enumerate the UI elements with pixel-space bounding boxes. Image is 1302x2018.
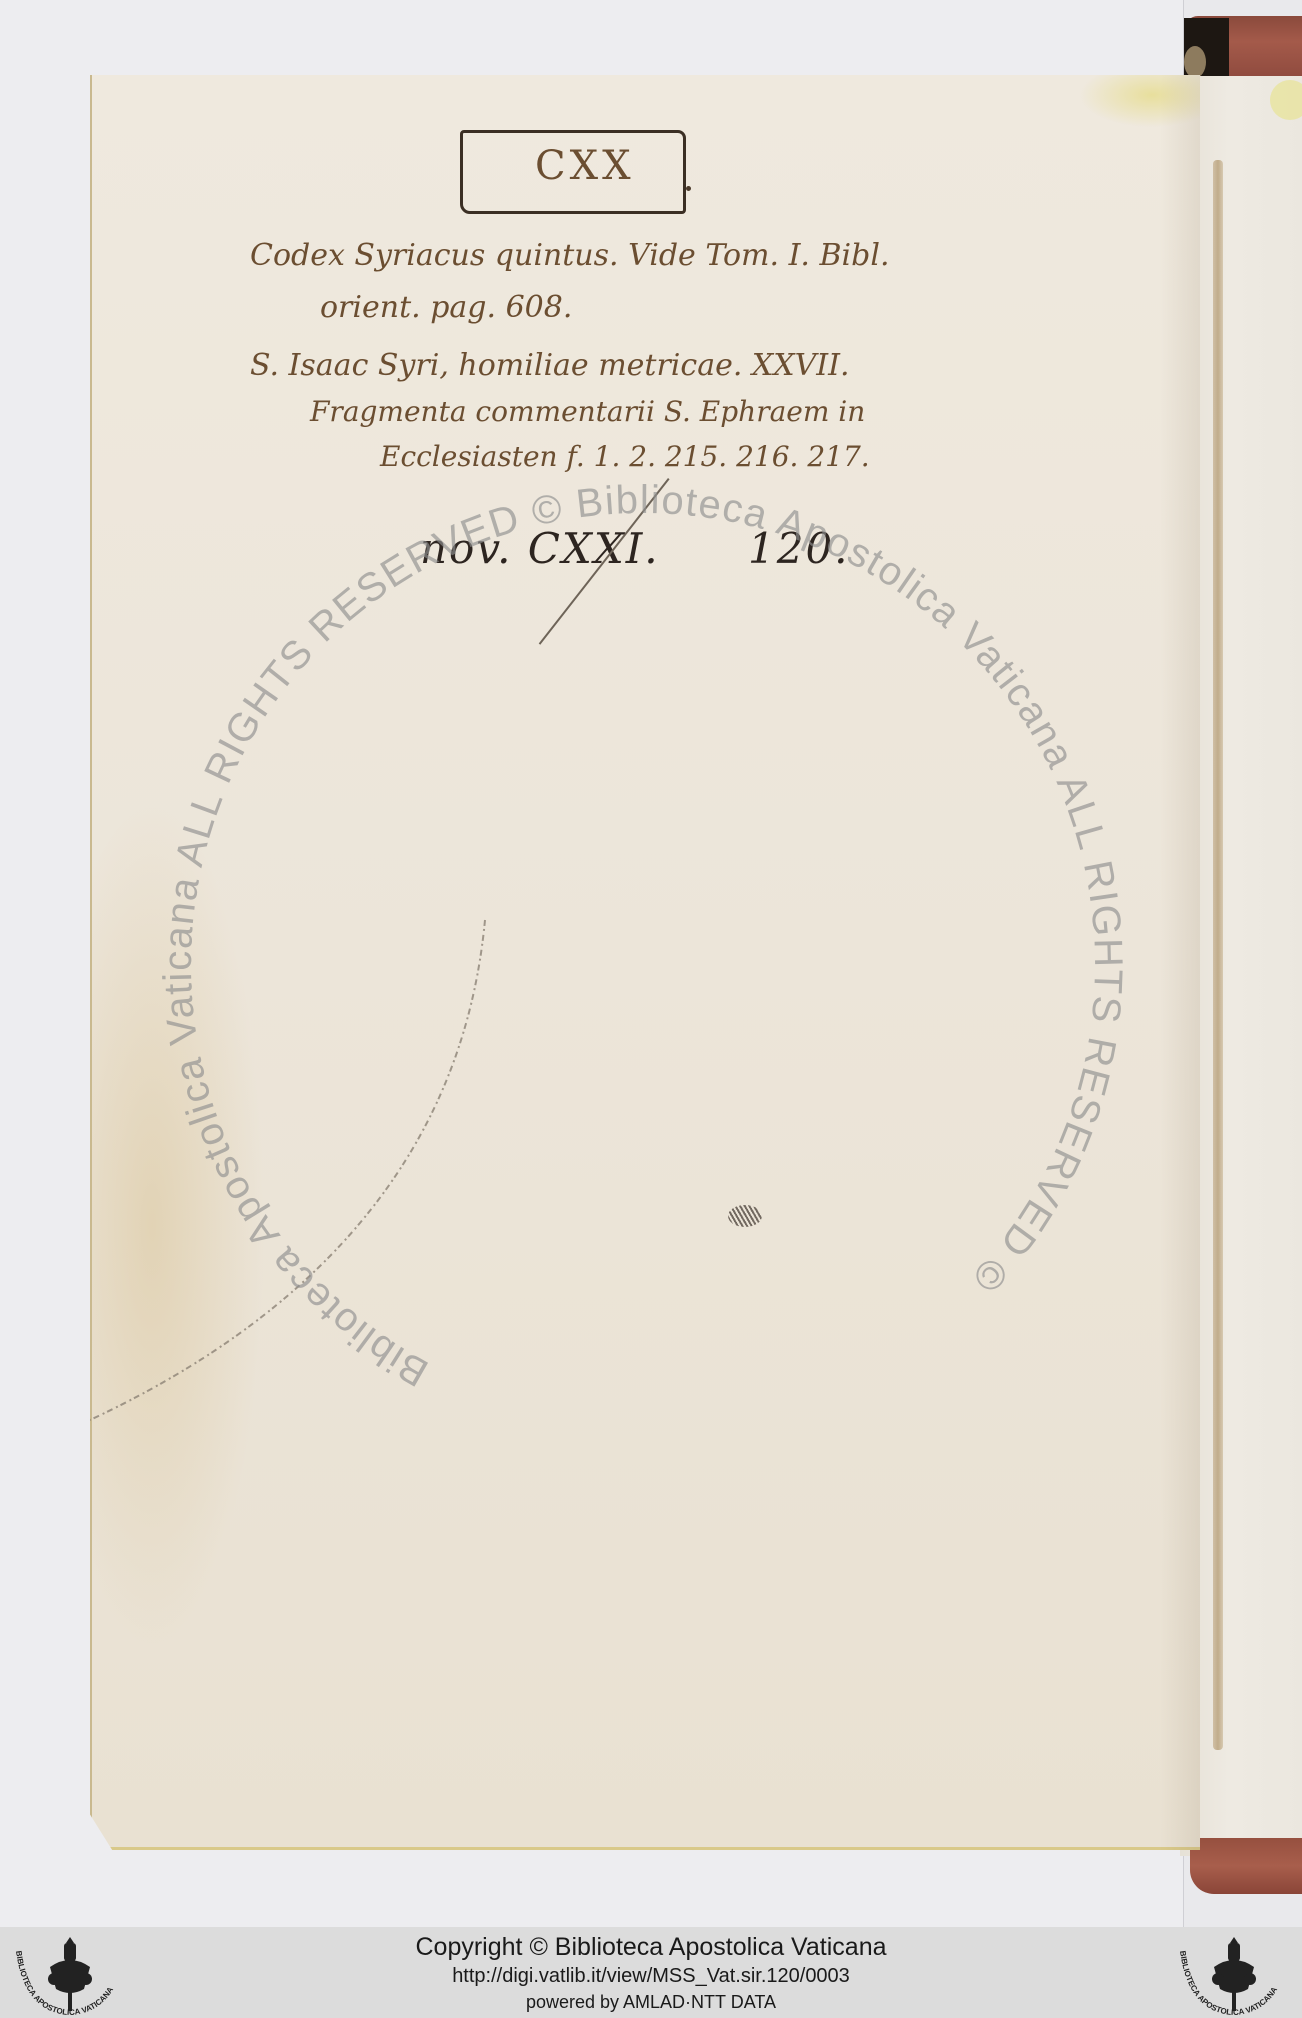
manuscript-page (90, 75, 1200, 1850)
powered-by-text: powered by AMLAD·NTT DATA (0, 1992, 1302, 2013)
note-line-5: Ecclesiasten f. 1. 2. 215. 216. 217. (380, 440, 870, 473)
current-shelf-number: 120. (748, 524, 850, 573)
note-line-2: orient. pag. 608. (320, 290, 572, 325)
library-logo-icon: BIBLIOTECA APOSTOLICA VATICANA (1168, 1931, 1300, 2017)
binding-thread (1213, 160, 1223, 1750)
footer: BIBLIOTECA APOSTOLICA VATICANA Copyright… (0, 1927, 1302, 2018)
copyright-text: Copyright © Biblioteca Apostolica Vatica… (0, 1933, 1302, 1962)
binding-cover-bottom (1190, 1838, 1302, 1894)
note-line-4: Fragmenta commentarii S. Ephraem in (310, 395, 865, 428)
ink-smudge (728, 1205, 762, 1227)
gutter-shadow (1160, 75, 1200, 1850)
permalink-url[interactable]: http://digi.vatlib.it/view/MSS_Vat.sir.1… (0, 1965, 1302, 1988)
note-line-1: Codex Syriacus quintus. Vide Tom. I. Bib… (250, 238, 889, 273)
shelfmark-text: CXX (535, 143, 635, 189)
old-shelf-number: nov. CXXI. (420, 524, 660, 573)
binding-cover-top (1184, 16, 1302, 80)
dot (686, 186, 691, 191)
stain (1270, 80, 1302, 120)
note-line-3: S. Isaac Syri, homiliae metricae. XXVII. (250, 348, 850, 383)
